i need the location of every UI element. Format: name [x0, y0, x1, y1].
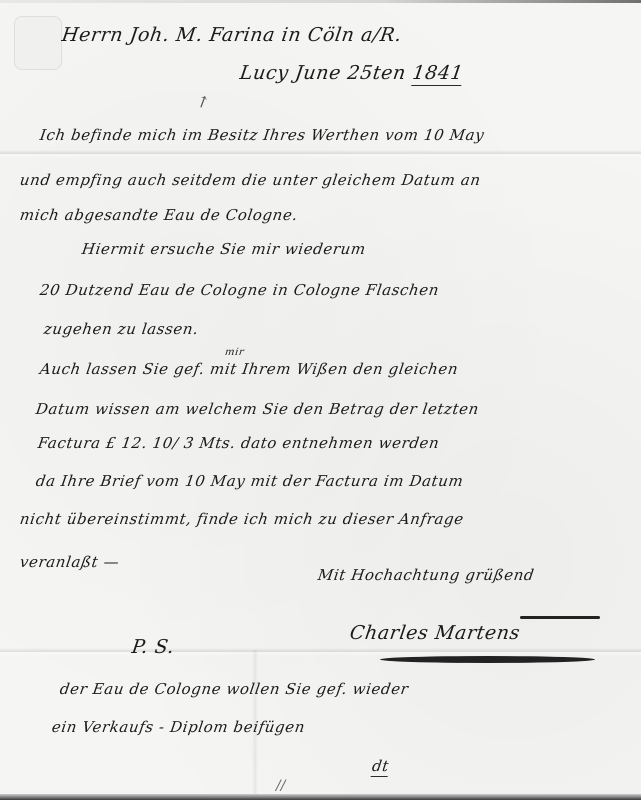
body-line: Auch lassen Sie gef. mit Ihrem Wißen den… [39, 360, 460, 378]
body-line: veranlaßt — [19, 553, 121, 571]
letter-page: Herrn Joh. M. Farina in Cöln a/R. Lucy J… [0, 0, 641, 800]
body-line: zugehen zu lassen. [43, 320, 200, 338]
signature-underline [380, 656, 595, 663]
superscript-insert: mir [224, 347, 245, 358]
horizontal-fold-line [0, 150, 641, 158]
body-line: da Ihre Brief vom 10 May mit der Factura… [35, 472, 465, 490]
body-line: mich abgesandte Eau de Cologne. [19, 206, 299, 224]
postscript-label: P. S. [130, 636, 175, 658]
postscript-initials: dt [371, 757, 391, 777]
body-line: 20 Dutzend Eau de Cologne in Cologne Fla… [39, 281, 441, 299]
body-line: und empfing auch seitdem die unter gleic… [19, 171, 482, 189]
signature: Charles Martens [348, 622, 521, 644]
paper-bottom-edge [0, 794, 641, 800]
paper-top-edge [0, 0, 641, 3]
horizontal-fold-line [0, 648, 641, 656]
year: 1841 [411, 62, 465, 86]
arrow-mark-icon: ↗ [193, 90, 213, 113]
body-line: nicht übereinstimmt, finde ich mich zu d… [19, 510, 465, 528]
body-line: Factura £ 12. 10/ 3 Mts. dato entnehmen … [37, 434, 441, 452]
place-date-text: Lucy June 25ten [238, 62, 407, 84]
postscript-line: der Eau de Cologne wollen Sie gef. wiede… [59, 680, 410, 698]
margin-mark: // [276, 778, 285, 794]
closing-salutation: Mit Hochachtung grüßend [317, 566, 536, 584]
signature-flourish [520, 616, 600, 619]
place-date: Lucy June 25ten 1841 [238, 62, 464, 84]
body-line: Ich befinde mich im Besitz Ihres Werthen… [39, 126, 486, 144]
addressee: Herrn Joh. M. Farina in Cöln a/R. [60, 24, 403, 46]
embossed-stamp [14, 16, 62, 70]
body-line: Hiermit ersuche Sie mir wiederum [81, 240, 367, 258]
body-line: Datum wissen am welchem Sie den Betrag d… [35, 400, 481, 418]
postscript-line: ein Verkaufs - Diplom beifügen [51, 718, 307, 736]
